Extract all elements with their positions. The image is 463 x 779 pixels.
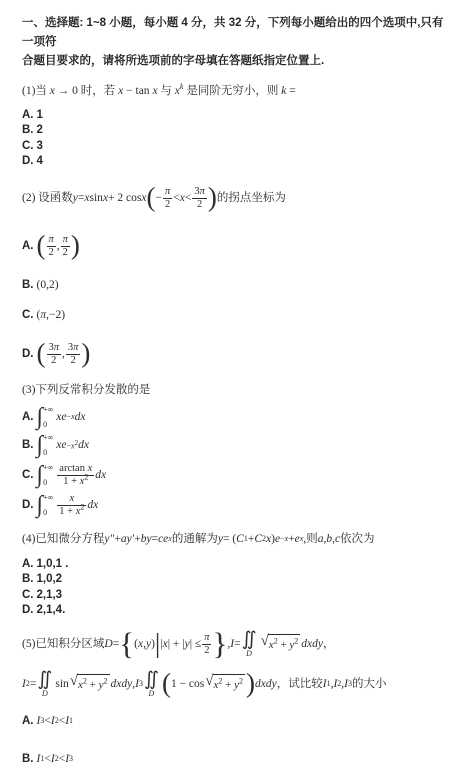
question-2-option-a: A.(π2,π2) (22, 227, 445, 265)
question-3-options: A.∫+∞0xe−xdx B.∫+∞0xe−x2 dx C.∫+∞0arctan… (22, 403, 445, 520)
option-label: D. (22, 155, 34, 167)
option-body: (0,2) (37, 279, 59, 291)
question-4: (4)已知微分方程 y″ + ay′ + by = cex 的通解为 y = (… (22, 529, 445, 618)
question-5-stem-line2: I2 = ∬Dsin √x2 + y2 dxdy,I3∬D(1 − cos √x… (22, 664, 445, 704)
question-1-stem: (1)当 x → 0 时，若 x − tan x 与 xk 是同阶无穷小，则 k… (22, 83, 445, 100)
option-body: I3 < I2 < I1 (37, 715, 74, 727)
question-3-option-d: D.∫+∞0x1 + x2dx (22, 490, 445, 520)
question-4-option-a: A.1,0,1 . (22, 556, 445, 572)
option-label: A. (22, 715, 34, 727)
option-label: A. (22, 240, 34, 252)
question-4-option-b: B.1,0,2 (22, 572, 445, 588)
exam-page: 一、选择题: 1~8 小题，每小题 4 分，共 32 分，下列每小题给出的四个选… (0, 0, 463, 767)
question-5: (5)已知积分区域 D = {(x,y)||x| + |y| ≤ π2}, I … (22, 624, 445, 767)
question-5-options: A.I3 < I2 < I1 B.I1 < I2 < I3 (22, 712, 445, 767)
option-label: D. (22, 604, 34, 616)
question-1: (1)当 x → 0 时，若 x − tan x 与 xk 是同阶无穷小，则 k… (22, 83, 445, 169)
question-3-option-b: B.∫+∞0xe−x2 dx (22, 430, 445, 460)
option-label: B. (22, 124, 34, 136)
question-2-stem: (2) 设函数 y = x sin x + 2 cos x(−π2 < x < … (22, 178, 445, 218)
option-body: ∫+∞0arctan x1 + x2dx (37, 462, 107, 488)
question-2-option-d: D.(3π2,3π2) (22, 335, 445, 373)
option-body: ∫+∞0xe−x2 dx (37, 432, 89, 458)
option-body: (π2,π2) (37, 233, 80, 260)
option-body: 2,1,4. (37, 604, 66, 616)
option-label: A. (22, 558, 34, 570)
option-body: 1,0,2 (37, 573, 63, 585)
option-body: I1 < I2 < I3 (37, 753, 74, 765)
section-header-line2: 合题目要求的，请将所选项前的字母填在答题纸指定位置上. (22, 52, 445, 71)
option-body: ∫+∞0x1 + x2dx (37, 492, 99, 518)
option-label: C. (22, 309, 34, 321)
option-label: B. (22, 439, 34, 451)
question-2-option-b: B.(0,2) (22, 276, 445, 293)
option-label: D. (22, 348, 34, 360)
question-4-stem: (4)已知微分方程 y″ + ay′ + by = cex 的通解为 y = (… (22, 529, 445, 549)
question-1-option-b: B.2 (22, 123, 445, 139)
option-label: C. (22, 469, 34, 481)
option-label: C. (22, 140, 34, 152)
option-label: D. (22, 499, 34, 511)
option-body: 2 (37, 124, 43, 136)
question-4-option-d: D.2,1,4. (22, 603, 445, 619)
option-label: A. (22, 109, 34, 121)
question-2-options: A.(π2,π2) B.(0,2) C.(π,−2) D.(3π2,3π2) (22, 227, 445, 373)
section-header-line1: 一、选择题: 1~8 小题，每小题 4 分，共 32 分，下列每小题给出的四个选… (22, 14, 445, 52)
question-1-option-a: A.1 (22, 107, 445, 123)
question-3-option-a: A.∫+∞0xe−xdx (22, 403, 445, 430)
question-2-option-c: C.(π,−2) (22, 306, 445, 323)
question-3: (3)下列反常积分发散的是 A.∫+∞0xe−xdx B.∫+∞0xe−x2 d… (22, 382, 445, 520)
option-body: (3π2,3π2) (37, 341, 91, 368)
question-1-options: A.1 B.2 C.3 D.4 (22, 107, 445, 169)
question-2: (2) 设函数 y = x sin x + 2 cos x(−π2 < x < … (22, 178, 445, 373)
question-5-option-b: B.I1 < I2 < I3 (22, 750, 445, 767)
question-1-option-d: D.4 (22, 154, 445, 170)
option-body: 4 (37, 155, 43, 167)
option-label: B. (22, 573, 34, 585)
option-body: ∫+∞0xe−xdx (37, 404, 86, 430)
question-1-option-c: C.3 (22, 138, 445, 154)
question-3-option-c: C.∫+∞0arctan x1 + x2dx (22, 460, 445, 490)
option-body: 1 (37, 109, 43, 121)
option-label: B. (22, 753, 34, 765)
option-label: B. (22, 279, 34, 291)
question-5-option-a: A.I3 < I2 < I1 (22, 712, 445, 729)
question-4-option-c: C.2,1,3 (22, 587, 445, 603)
question-3-stem: (3)下列反常积分发散的是 (22, 382, 445, 399)
question-4-options: A.1,0,1 . B.1,0,2 C.2,1,3 D.2,1,4. (22, 556, 445, 618)
option-body: 2,1,3 (37, 589, 63, 601)
option-body: (π,−2) (37, 309, 66, 321)
option-body: 3 (37, 140, 43, 152)
question-5-stem-line1: (5)已知积分区域 D = {(x,y)||x| + |y| ≤ π2}, I … (22, 624, 445, 664)
option-label: A. (22, 411, 34, 423)
section-header: 一、选择题: 1~8 小题，每小题 4 分，共 32 分，下列每小题给出的四个选… (22, 14, 445, 71)
option-label: C. (22, 589, 34, 601)
option-body: 1,0,1 . (37, 558, 69, 570)
